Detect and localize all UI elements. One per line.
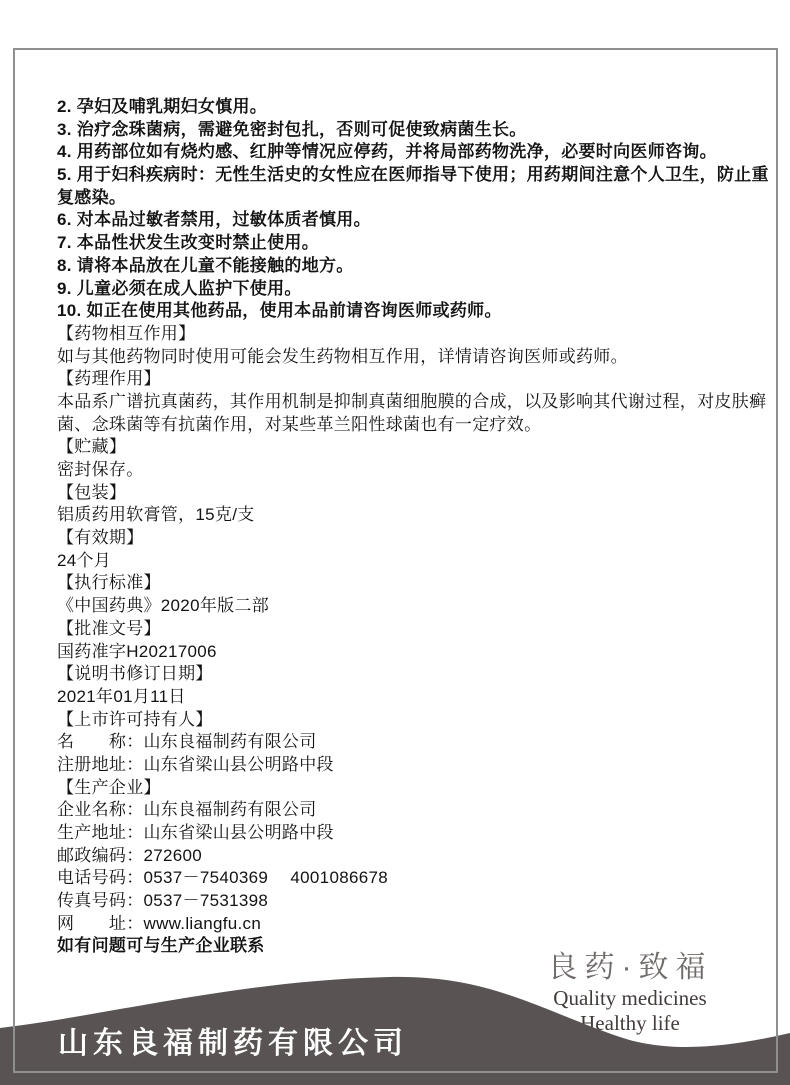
section-storage-body: 密封保存。 <box>57 459 773 482</box>
footer-company-name: 山东良福制药有限公司 <box>58 1018 408 1062</box>
section-validity-body: 24个月 <box>57 550 773 573</box>
section-standard-header: 【执行标准】 <box>57 572 773 595</box>
section-revision-date-header: 【说明书修订日期】 <box>57 663 773 686</box>
section-packaging-header: 【包装】 <box>57 482 773 505</box>
precaution-item-5-cont: 复感染。 <box>57 187 773 210</box>
section-validity-header: 【有效期】 <box>57 527 773 550</box>
precaution-item-4: 4. 用药部位如有烧灼感、红肿等情况应停药，并将局部药物洗净，必要时向医师咨询。 <box>57 141 773 164</box>
precaution-item-8: 8. 请将本品放在儿童不能接触的地方。 <box>57 255 773 278</box>
section-drug-interactions-body: 如与其他药物同时使用可能会发生药物相互作用，详情请咨询医师或药师。 <box>57 346 773 369</box>
precaution-item-9: 9. 儿童必须在成人监护下使用。 <box>57 278 773 301</box>
precaution-item-6: 6. 对本品过敏者禁用，过敏体质者慎用。 <box>57 209 773 232</box>
section-storage-header: 【贮藏】 <box>57 436 773 459</box>
precaution-item-5: 5. 用于妇科疾病时：无性生活史的女性应在医师指导下使用；用药期间注意个人卫生，… <box>57 164 773 187</box>
precaution-item-10: 10. 如正在使用其他药品，使用本品前请咨询医师或药师。 <box>57 300 773 323</box>
manufacturer-address: 生产地址：山东省梁山县公明路中段 <box>57 822 773 845</box>
precaution-item-7: 7. 本品性状发生改变时禁止使用。 <box>57 232 773 255</box>
section-pharmacology-header: 【药理作用】 <box>57 368 773 391</box>
document-text-block: 2. 孕妇及哺乳期妇女慎用。 3. 治疗念珠菌病，需避免密封包扎，否则可促使致病… <box>57 96 773 958</box>
section-license-holder-header: 【上市许可持有人】 <box>57 709 773 732</box>
leaflet-page: 2. 孕妇及哺乳期妇女慎用。 3. 治疗念珠菌病，需避免密封包扎，否则可促使致病… <box>0 0 790 1085</box>
section-approval-number-body: 国药准字H20217006 <box>57 641 773 664</box>
postal-code: 邮政编码：272600 <box>57 845 773 868</box>
license-holder-name: 名 称：山东良福制药有限公司 <box>57 731 773 754</box>
section-standard-body: 《中国药典》2020年版二部 <box>57 595 773 618</box>
section-pharmacology-body-2: 菌、念珠菌等有抗菌作用，对某些革兰阳性球菌也有一定疗效。 <box>57 414 773 437</box>
section-manufacturer-header: 【生产企业】 <box>57 777 773 800</box>
section-revision-date-body: 2021年01月11日 <box>57 686 773 709</box>
section-pharmacology-body-1: 本品系广谱抗真菌药，其作用机制是抑制真菌细胞膜的合成，以及影响其代谢过程，对皮肤… <box>57 391 773 414</box>
manufacturer-name: 企业名称：山东良福制药有限公司 <box>57 799 773 822</box>
section-approval-number-header: 【批准文号】 <box>57 618 773 641</box>
section-drug-interactions-header: 【药物相互作用】 <box>57 323 773 346</box>
precaution-item-3: 3. 治疗念珠菌病，需避免密封包扎，否则可促使致病菌生长。 <box>57 119 773 142</box>
phone-number: 电话号码：0537－7540369 4001086678 <box>57 867 773 890</box>
fax-number: 传真号码：0537－7531398 <box>57 890 773 913</box>
license-holder-address: 注册地址：山东省梁山县公明路中段 <box>57 754 773 777</box>
section-packaging-body: 铝质药用软膏管，15克/支 <box>57 504 773 527</box>
precaution-item-2: 2. 孕妇及哺乳期妇女慎用。 <box>57 96 773 119</box>
